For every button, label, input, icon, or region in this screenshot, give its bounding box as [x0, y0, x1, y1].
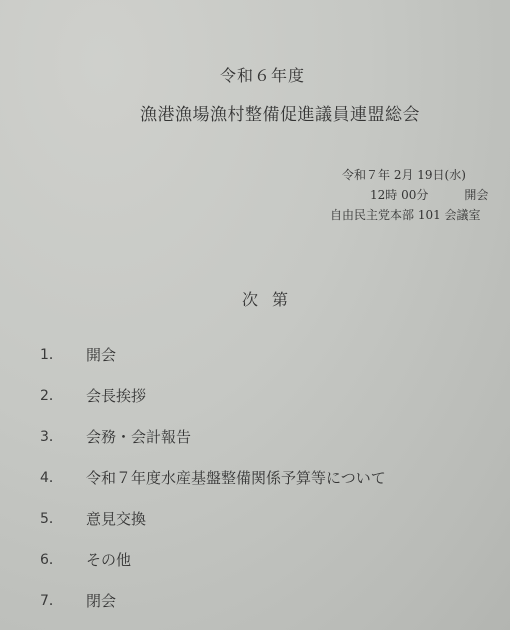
document-page: 令和６年度 漁港漁場漁村整備促進議員連盟総会 令和７年 2月 19日(水) 12… [0, 0, 510, 630]
meeting-time: 12時 00分 [370, 188, 428, 202]
meeting-date: 令和７年 2月 19日(水) [330, 165, 488, 185]
agenda-item-number: 4． [40, 467, 63, 487]
agenda-item-number: 5． [40, 508, 63, 528]
agenda-item-number: 1． [40, 344, 63, 364]
agenda-item: 6． その他 [0, 549, 510, 590]
meeting-details: 令和７年 2月 19日(水) 12時 00分開会 自由民主党本部 101 会議室 [330, 165, 488, 225]
agenda-heading: 次第 [0, 287, 510, 310]
agenda-item-label: 閉会 [86, 590, 116, 611]
agenda-item: 2． 会長挨拶 [0, 385, 510, 426]
agenda-item: 3． 会務・会計報告 [0, 426, 510, 467]
agenda-item-number: 3． [40, 426, 63, 446]
agenda-heading-part2: 第 [272, 290, 288, 309]
agenda-item-label: 会務・会計報告 [86, 426, 191, 447]
agenda-item-number: 6． [40, 549, 63, 569]
meeting-location: 自由民主党本部 101 会議室 [330, 205, 488, 225]
agenda-item-label: 意見交換 [86, 508, 146, 529]
agenda-item-label: 会長挨拶 [86, 385, 146, 406]
agenda-heading-part1: 次 [242, 290, 258, 309]
agenda-item-label: 令和７年度水産基盤整備関係予算等について [86, 467, 386, 488]
agenda-list: 1． 開会 2． 会長挨拶 3． 会務・会計報告 4． 令和７年度水産基盤整備関… [0, 344, 510, 630]
agenda-item: 4． 令和７年度水産基盤整備関係予算等について [0, 467, 510, 508]
agenda-item-number: 7． [40, 590, 63, 610]
agenda-item: 7． 閉会 [0, 590, 510, 630]
meeting-time-line: 12時 00分開会 [330, 185, 488, 205]
agenda-item: 5． 意見交換 [0, 508, 510, 549]
agenda-item-number: 2． [40, 385, 63, 405]
agenda-item-label: その他 [86, 549, 131, 570]
agenda-item-label: 開会 [86, 344, 116, 365]
agenda-item: 1． 開会 [0, 344, 510, 385]
meeting-title: 漁港漁場漁村整備促進議員連盟総会 [140, 100, 420, 125]
era-title: 令和６年度 [0, 63, 510, 86]
meeting-time-event: 開会 [464, 188, 488, 202]
